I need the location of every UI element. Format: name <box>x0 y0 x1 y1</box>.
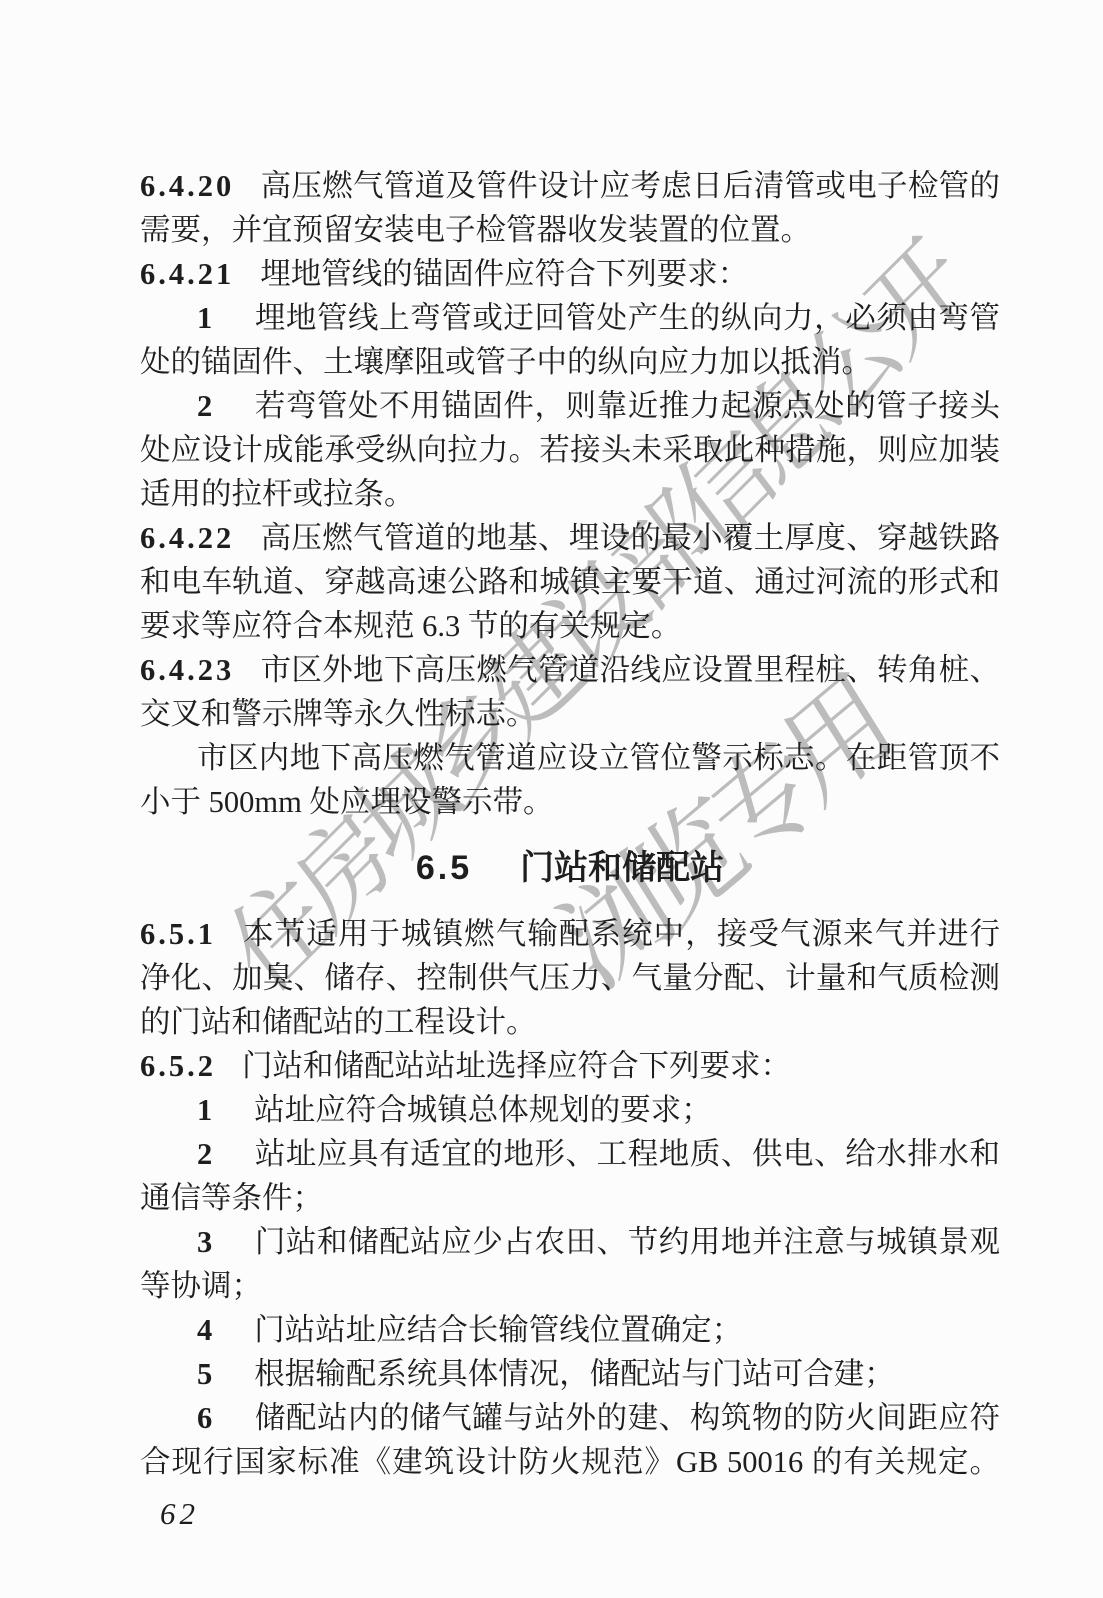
text-line: 6.4.20高压燃气管道及管件设计应考虑日后清管或电子检管的 <box>140 164 1000 208</box>
text-line: 通信等条件； <box>140 1176 1000 1220</box>
clause-number: 6.4.21 <box>140 257 234 291</box>
line-text: 的门站和储配站的工程设计。 <box>140 1005 537 1039</box>
text-line: 市区内地下高压燃气管道应设立管位警示标志。在距管顶不 <box>140 736 1000 780</box>
line-text: 通信等条件； <box>140 1181 323 1215</box>
clause-number: 6.5.2 <box>140 1049 216 1083</box>
document-page: 住房城乡建设部信息公开 浏览专用 6.4.20高压燃气管道及管件设计应考虑日后清… <box>0 0 1103 1598</box>
line-text: 小于 500mm 处应埋设警示带。 <box>140 785 553 819</box>
section-number: 6.5 <box>416 849 472 887</box>
text-line: 6.4.21埋地管线的锚固件应符合下列要求： <box>140 252 1000 296</box>
text-line: 6.4.22高压燃气管道的地基、埋设的最小覆土厚度、穿越铁路 <box>140 516 1000 560</box>
text-line: 要求等应符合本规范 6.3 节的有关规定。 <box>140 604 1000 648</box>
text-line: 净化、加臭、储存、控制供气压力、气量分配、计量和气质检测 <box>140 956 1000 1000</box>
line-text: 市区外地下高压燃气管道沿线应设置里程桩、转角桩、 <box>260 653 1000 687</box>
line-text: 交叉和警示牌等永久性标志。 <box>140 697 537 731</box>
line-text: 本节适用于城镇燃气输配系统中，接受气源来气并进行 <box>242 917 1000 951</box>
clause-number: 3 <box>197 1225 212 1259</box>
text-line: 6.5.1本节适用于城镇燃气输配系统中，接受气源来气并进行 <box>140 912 1000 956</box>
clause-number: 1 <box>197 301 212 335</box>
text-line: 1站址应符合城镇总体规划的要求； <box>140 1088 1000 1132</box>
text-line: 6储配站内的储气罐与站外的建、构筑物的防火间距应符 <box>140 1396 1000 1440</box>
text-line: 处应设计成能承受纵向拉力。若接头未采取此种措施，则应加装 <box>140 428 1000 472</box>
line-text: 门站和储配站应少占农田、节约用地并注意与城镇景观 <box>254 1225 1000 1259</box>
line-text: 合现行国家标准《建筑设计防火规范》GB 50016 的有关规定。 <box>140 1445 1000 1479</box>
line-text: 若弯管处不用锚固件，则靠近推力起源点处的管子接头 <box>254 389 1000 423</box>
line-text: 门站和储配站 <box>520 849 724 887</box>
clause-number: 1 <box>197 1093 212 1127</box>
line-text: 处应设计成能承受纵向拉力。若接头未采取此种措施，则应加装 <box>140 433 1000 467</box>
text-line: 6.5.2门站和储配站站址选择应符合下列要求： <box>140 1044 1000 1088</box>
text-line: 1埋地管线上弯管或迂回管处产生的纵向力，必须由弯管 <box>140 296 1000 340</box>
section-heading: 6.5门站和储配站 <box>140 846 1000 890</box>
text-line: 2若弯管处不用锚固件，则靠近推力起源点处的管子接头 <box>140 384 1000 428</box>
text-line: 适用的拉杆或拉条。 <box>140 472 1000 516</box>
clause-number: 4 <box>197 1313 212 1347</box>
page-number: 62 <box>140 1492 1000 1536</box>
line-text: 埋地管线上弯管或迂回管处产生的纵向力，必须由弯管 <box>254 301 1000 335</box>
clause-number: 6 <box>197 1401 212 1435</box>
clause-number: 5 <box>197 1357 212 1391</box>
text-line: 5根据输配系统具体情况，储配站与门站可合建； <box>140 1352 1000 1396</box>
text-line: 和电车轨道、穿越高速公路和城镇主要干道、通过河流的形式和 <box>140 560 1000 604</box>
line-text: 门站站址应结合长输管线位置确定； <box>254 1313 742 1347</box>
text-line: 3门站和储配站应少占农田、节约用地并注意与城镇景观 <box>140 1220 1000 1264</box>
line-text: 高压燃气管道及管件设计应考虑日后清管或电子检管的 <box>260 169 1000 203</box>
clause-number: 6.4.20 <box>140 169 234 203</box>
line-text: 储配站内的储气罐与站外的建、构筑物的防火间距应符 <box>254 1401 1000 1435</box>
line-text: 门站和储配站站址选择应符合下列要求： <box>242 1049 791 1083</box>
line-text: 站址应符合城镇总体规划的要求； <box>254 1093 712 1127</box>
line-text: 高压燃气管道的地基、埋设的最小覆土厚度、穿越铁路 <box>260 521 1000 555</box>
text-line: 合现行国家标准《建筑设计防火规范》GB 50016 的有关规定。 <box>140 1440 1000 1484</box>
text-line: 交叉和警示牌等永久性标志。 <box>140 692 1000 736</box>
line-text: 处的锚固件、土壤摩阻或管子中的纵向应力加以抵消。 <box>140 345 872 379</box>
text-line: 4门站站址应结合长输管线位置确定； <box>140 1308 1000 1352</box>
line-text: 需要，并宜预留安装电子检管器收发装置的位置。 <box>140 213 811 247</box>
text-line: 等协调； <box>140 1264 1000 1308</box>
clause-number: 2 <box>197 1137 212 1171</box>
clause-number: 6.4.23 <box>140 653 234 687</box>
line-text: 根据输配系统具体情况，储配站与门站可合建； <box>254 1357 895 1391</box>
text-line: 的门站和储配站的工程设计。 <box>140 1000 1000 1044</box>
text-line: 小于 500mm 处应埋设警示带。 <box>140 780 1000 824</box>
line-text: 站址应具有适宜的地形、工程地质、供电、给水排水和 <box>254 1137 1000 1171</box>
text-line: 处的锚固件、土壤摩阻或管子中的纵向应力加以抵消。 <box>140 340 1000 384</box>
text-block: 6.4.20高压燃气管道及管件设计应考虑日后清管或电子检管的需要，并宜预留安装电… <box>140 164 1000 1536</box>
line-text: 市区内地下高压燃气管道应设立管位警示标志。在距管顶不 <box>197 741 1000 775</box>
line-text: 适用的拉杆或拉条。 <box>140 477 415 511</box>
line-text: 要求等应符合本规范 6.3 节的有关规定。 <box>140 609 681 643</box>
text-line: 2站址应具有适宜的地形、工程地质、供电、给水排水和 <box>140 1132 1000 1176</box>
clause-number: 2 <box>197 389 212 423</box>
text-line: 需要，并宜预留安装电子检管器收发装置的位置。 <box>140 208 1000 252</box>
line-text: 和电车轨道、穿越高速公路和城镇主要干道、通过河流的形式和 <box>140 565 1000 599</box>
text-line: 6.4.23市区外地下高压燃气管道沿线应设置里程桩、转角桩、 <box>140 648 1000 692</box>
clause-number: 6.4.22 <box>140 521 234 555</box>
line-text: 埋地管线的锚固件应符合下列要求： <box>260 257 748 291</box>
line-text: 等协调； <box>140 1269 262 1303</box>
clause-number: 6.5.1 <box>140 917 216 951</box>
line-text: 净化、加臭、储存、控制供气压力、气量分配、计量和气质检测 <box>140 961 1000 995</box>
